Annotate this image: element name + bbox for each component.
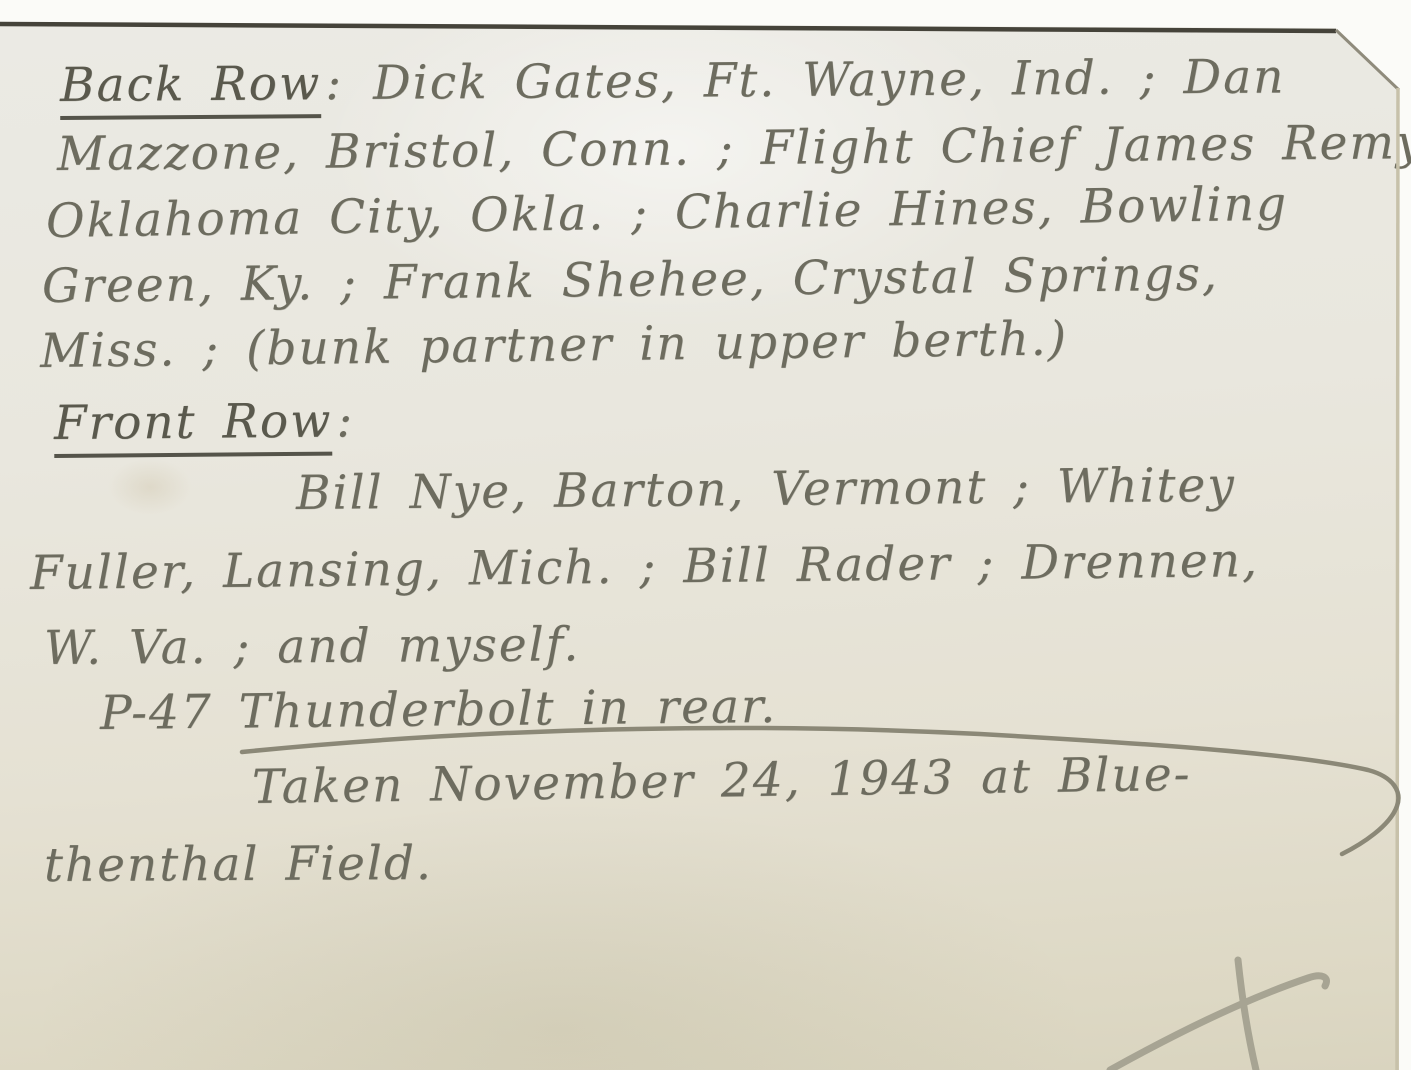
handwritten-line: W. Va. ; and myself. xyxy=(44,617,581,676)
handwritten-line: thenthal Field. xyxy=(44,836,433,893)
line-text: Mazzone, Bristol, Conn. ; Flight Chief J… xyxy=(57,115,1411,182)
handwritten-line-back-row: Back Row: Dick Gates, Ft. Wayne, Ind. ; … xyxy=(60,49,1286,113)
section-heading-back-row: Back Row xyxy=(60,56,322,120)
handwritten-line-p47: P-47 Thunderbolt in rear. xyxy=(100,679,778,741)
line-text: thenthal Field. xyxy=(44,836,433,893)
heading-colon: : xyxy=(321,56,347,111)
line-text-prefix: P-47 xyxy=(100,685,239,741)
handwritten-line: Mazzone, Bristol, Conn. ; Flight Chief J… xyxy=(57,115,1411,182)
heading-colon: : xyxy=(332,393,358,448)
line-text-underlined: Thunderbolt in rear. xyxy=(238,679,777,740)
handwritten-line-front-row: Front Row: xyxy=(54,393,359,451)
line-text: W. Va. ; and myself. xyxy=(44,617,581,676)
section-heading-front-row: Front Row xyxy=(54,394,333,458)
handwritten-line: Bill Nye, Barton, Vermont ; Whitey xyxy=(296,458,1236,521)
line-text: Bill Nye, Barton, Vermont ; Whitey xyxy=(296,458,1236,521)
line-text: Dick Gates, Ft. Wayne, Ind. ; Dan xyxy=(373,49,1286,110)
